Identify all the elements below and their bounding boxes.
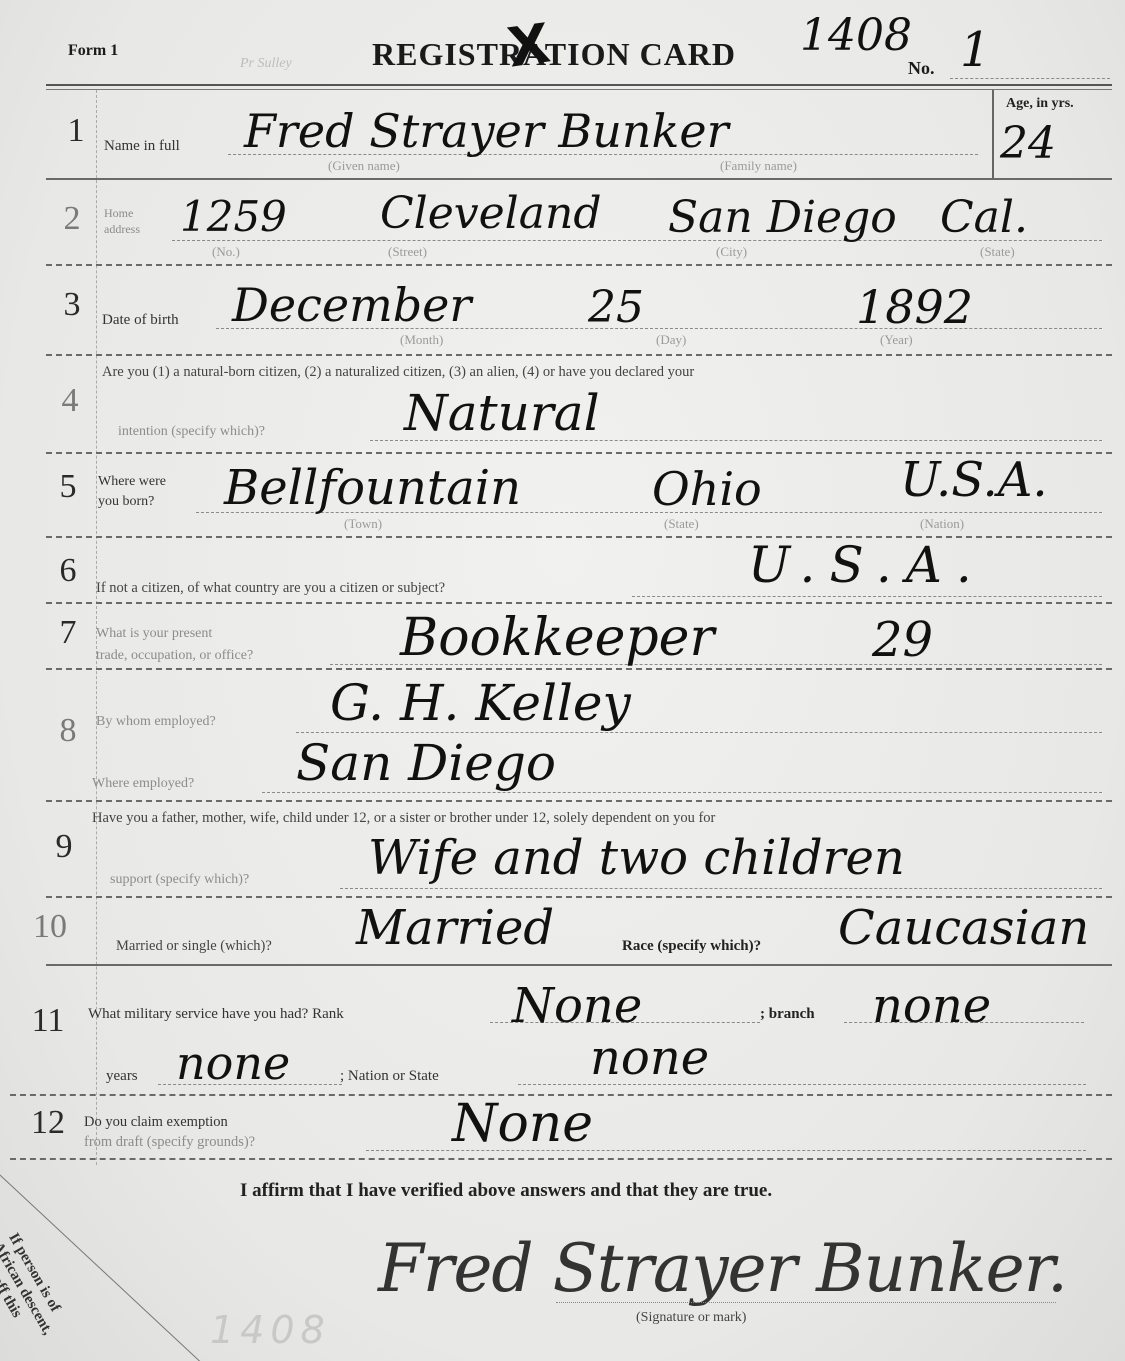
row-rule-6 [46, 602, 1112, 604]
years-value: none [176, 1036, 290, 1090]
address-street-value: Cleveland [380, 188, 601, 239]
employer-label: By whom employed? [96, 714, 216, 730]
serial-handwritten: 1408 [800, 10, 912, 61]
row-rule-10 [46, 964, 1112, 966]
signature-dotline [556, 1302, 1056, 1303]
birthplace-label-line2: you born? [98, 494, 154, 510]
dependents-value: Wife and two children [368, 830, 905, 886]
state-sublabel: (State) [980, 244, 1015, 260]
birth-nation-value: U.S.A. [900, 452, 1048, 508]
dependents-dotline [340, 888, 1102, 889]
employer-dotline [296, 732, 1102, 733]
branch-label: ; branch [760, 1006, 815, 1023]
occupation-label-line1: What is your present [96, 626, 212, 642]
street-sublabel: (Street) [388, 244, 427, 260]
card-title: REGISTRATION CARD [372, 36, 736, 73]
years-label: years [106, 1068, 138, 1085]
row-number-11: 11 [28, 1002, 68, 1040]
row-number-9: 9 [44, 828, 84, 866]
row-number-10: 10 [30, 908, 70, 946]
row-number-5: 5 [48, 468, 88, 506]
faint-stamp: Pr Sulley [240, 56, 292, 72]
race-value: Caucasian [838, 900, 1089, 956]
citizenship-value: Natural [404, 384, 600, 442]
affirmation-text: I affirm that I have verified above answ… [240, 1180, 772, 1202]
dob-day-value: 25 [588, 282, 644, 333]
name-label: Name in full [104, 138, 180, 155]
dependents-question-line2: support (specify which)? [110, 872, 249, 888]
home-label-line1: Home [104, 206, 133, 221]
row-rule-1 [46, 178, 1112, 180]
row-rule-12 [10, 1158, 1112, 1160]
address-state-value: Cal. [940, 192, 1028, 243]
row-number-7: 7 [48, 614, 88, 652]
citizen-of-label: If not a citizen, of what country are yo… [96, 580, 445, 597]
marital-value: Married [356, 900, 554, 956]
nation-sublabel: (Nation) [920, 516, 964, 532]
marital-label: Married or single (which)? [116, 938, 272, 955]
age-box-rule [992, 90, 994, 178]
citizen-of-value: U.S.A. [748, 536, 986, 594]
tear-off-corner-note: If person is of African descent, tear of… [0, 1230, 72, 1356]
address-label-line2: address [104, 222, 140, 237]
exemption-value: None [452, 1094, 593, 1154]
given-name-sublabel: (Given name) [328, 158, 400, 174]
occupation-label-line2: trade, occupation, or office? [96, 648, 253, 664]
number-dotline [950, 78, 1110, 79]
town-sublabel: (Town) [344, 516, 382, 532]
address-city-value: San Diego [668, 192, 897, 243]
citizenship-question-line1: Are you (1) a natural-born citizen, (2) … [102, 364, 694, 381]
row-number-12: 12 [28, 1104, 68, 1142]
number-value: 1 [960, 22, 991, 78]
employer-value: G. H. Kelley [330, 674, 631, 732]
signature-label: (Signature or mark) [636, 1310, 746, 1326]
city-sublabel: (City) [716, 244, 747, 260]
birth-town-value: Bellfountain [224, 460, 521, 516]
strike-mark: X [504, 11, 554, 79]
row-number-8: 8 [48, 712, 88, 750]
nation-state-value: none [590, 1030, 709, 1086]
citizen-of-dotline [632, 596, 1102, 597]
occupation-value: Bookkeeper [400, 608, 714, 668]
registration-card: Form 1 Pr Sulley REGISTRATION CARD X 140… [0, 0, 1125, 1361]
state-sublabel-5: (State) [664, 516, 699, 532]
military-question: What military service have you had? Rank [88, 1006, 344, 1023]
rank-value: None [512, 978, 642, 1034]
row-rule-8 [46, 800, 1112, 802]
signature: Fred Strayer Bunker. [378, 1230, 1067, 1307]
employer-place-value: San Diego [296, 734, 556, 792]
row-number-4: 4 [50, 382, 90, 420]
year-sublabel: (Year) [880, 332, 913, 348]
birthplace-label-line1: Where were [98, 474, 166, 490]
day-sublabel: (Day) [656, 332, 686, 348]
row-rule-2 [46, 264, 1112, 266]
age-label: Age, in yrs. [1006, 96, 1074, 112]
row-number-6: 6 [48, 552, 88, 590]
exemption-label-line1: Do you claim exemption [84, 1114, 228, 1131]
name-value: Fred Strayer Bunker [244, 104, 729, 158]
exemption-label-line2: from draft (specify grounds)? [84, 1134, 255, 1151]
number-label: No. [908, 58, 935, 79]
employer-place-dotline [262, 792, 1102, 793]
row-number-1: 1 [56, 112, 96, 150]
citizenship-question-line2: intention (specify which)? [118, 424, 265, 440]
row-rule-7 [46, 668, 1112, 670]
dob-year-value: 1892 [856, 280, 973, 334]
no-sublabel: (No.) [212, 244, 240, 260]
branch-value: none [872, 978, 991, 1034]
dob-month-value: December [232, 278, 471, 332]
nation-state-label: ; Nation or State [340, 1068, 439, 1085]
row-rule-9 [46, 896, 1112, 898]
birth-state-value: Ohio [652, 462, 762, 516]
dob-label: Date of birth [102, 312, 179, 329]
row-number-3: 3 [52, 286, 92, 324]
month-sublabel: (Month) [400, 332, 443, 348]
row-number-2: 2 [52, 200, 92, 238]
dependents-question-line1: Have you a father, mother, wife, child u… [92, 810, 715, 827]
form-label: Form 1 [68, 42, 118, 60]
family-name-sublabel: (Family name) [720, 158, 797, 174]
address-no-value: 1259 [180, 192, 287, 241]
row-rule-3 [46, 354, 1112, 356]
age-value: 24 [1000, 118, 1056, 169]
race-label: Race (specify which)? [622, 938, 761, 955]
header-rule [46, 84, 1112, 86]
pencil-number: 1408 [210, 1308, 331, 1352]
employer-place-label: Where employed? [92, 776, 194, 792]
occupation-extra-value: 29 [872, 612, 933, 668]
